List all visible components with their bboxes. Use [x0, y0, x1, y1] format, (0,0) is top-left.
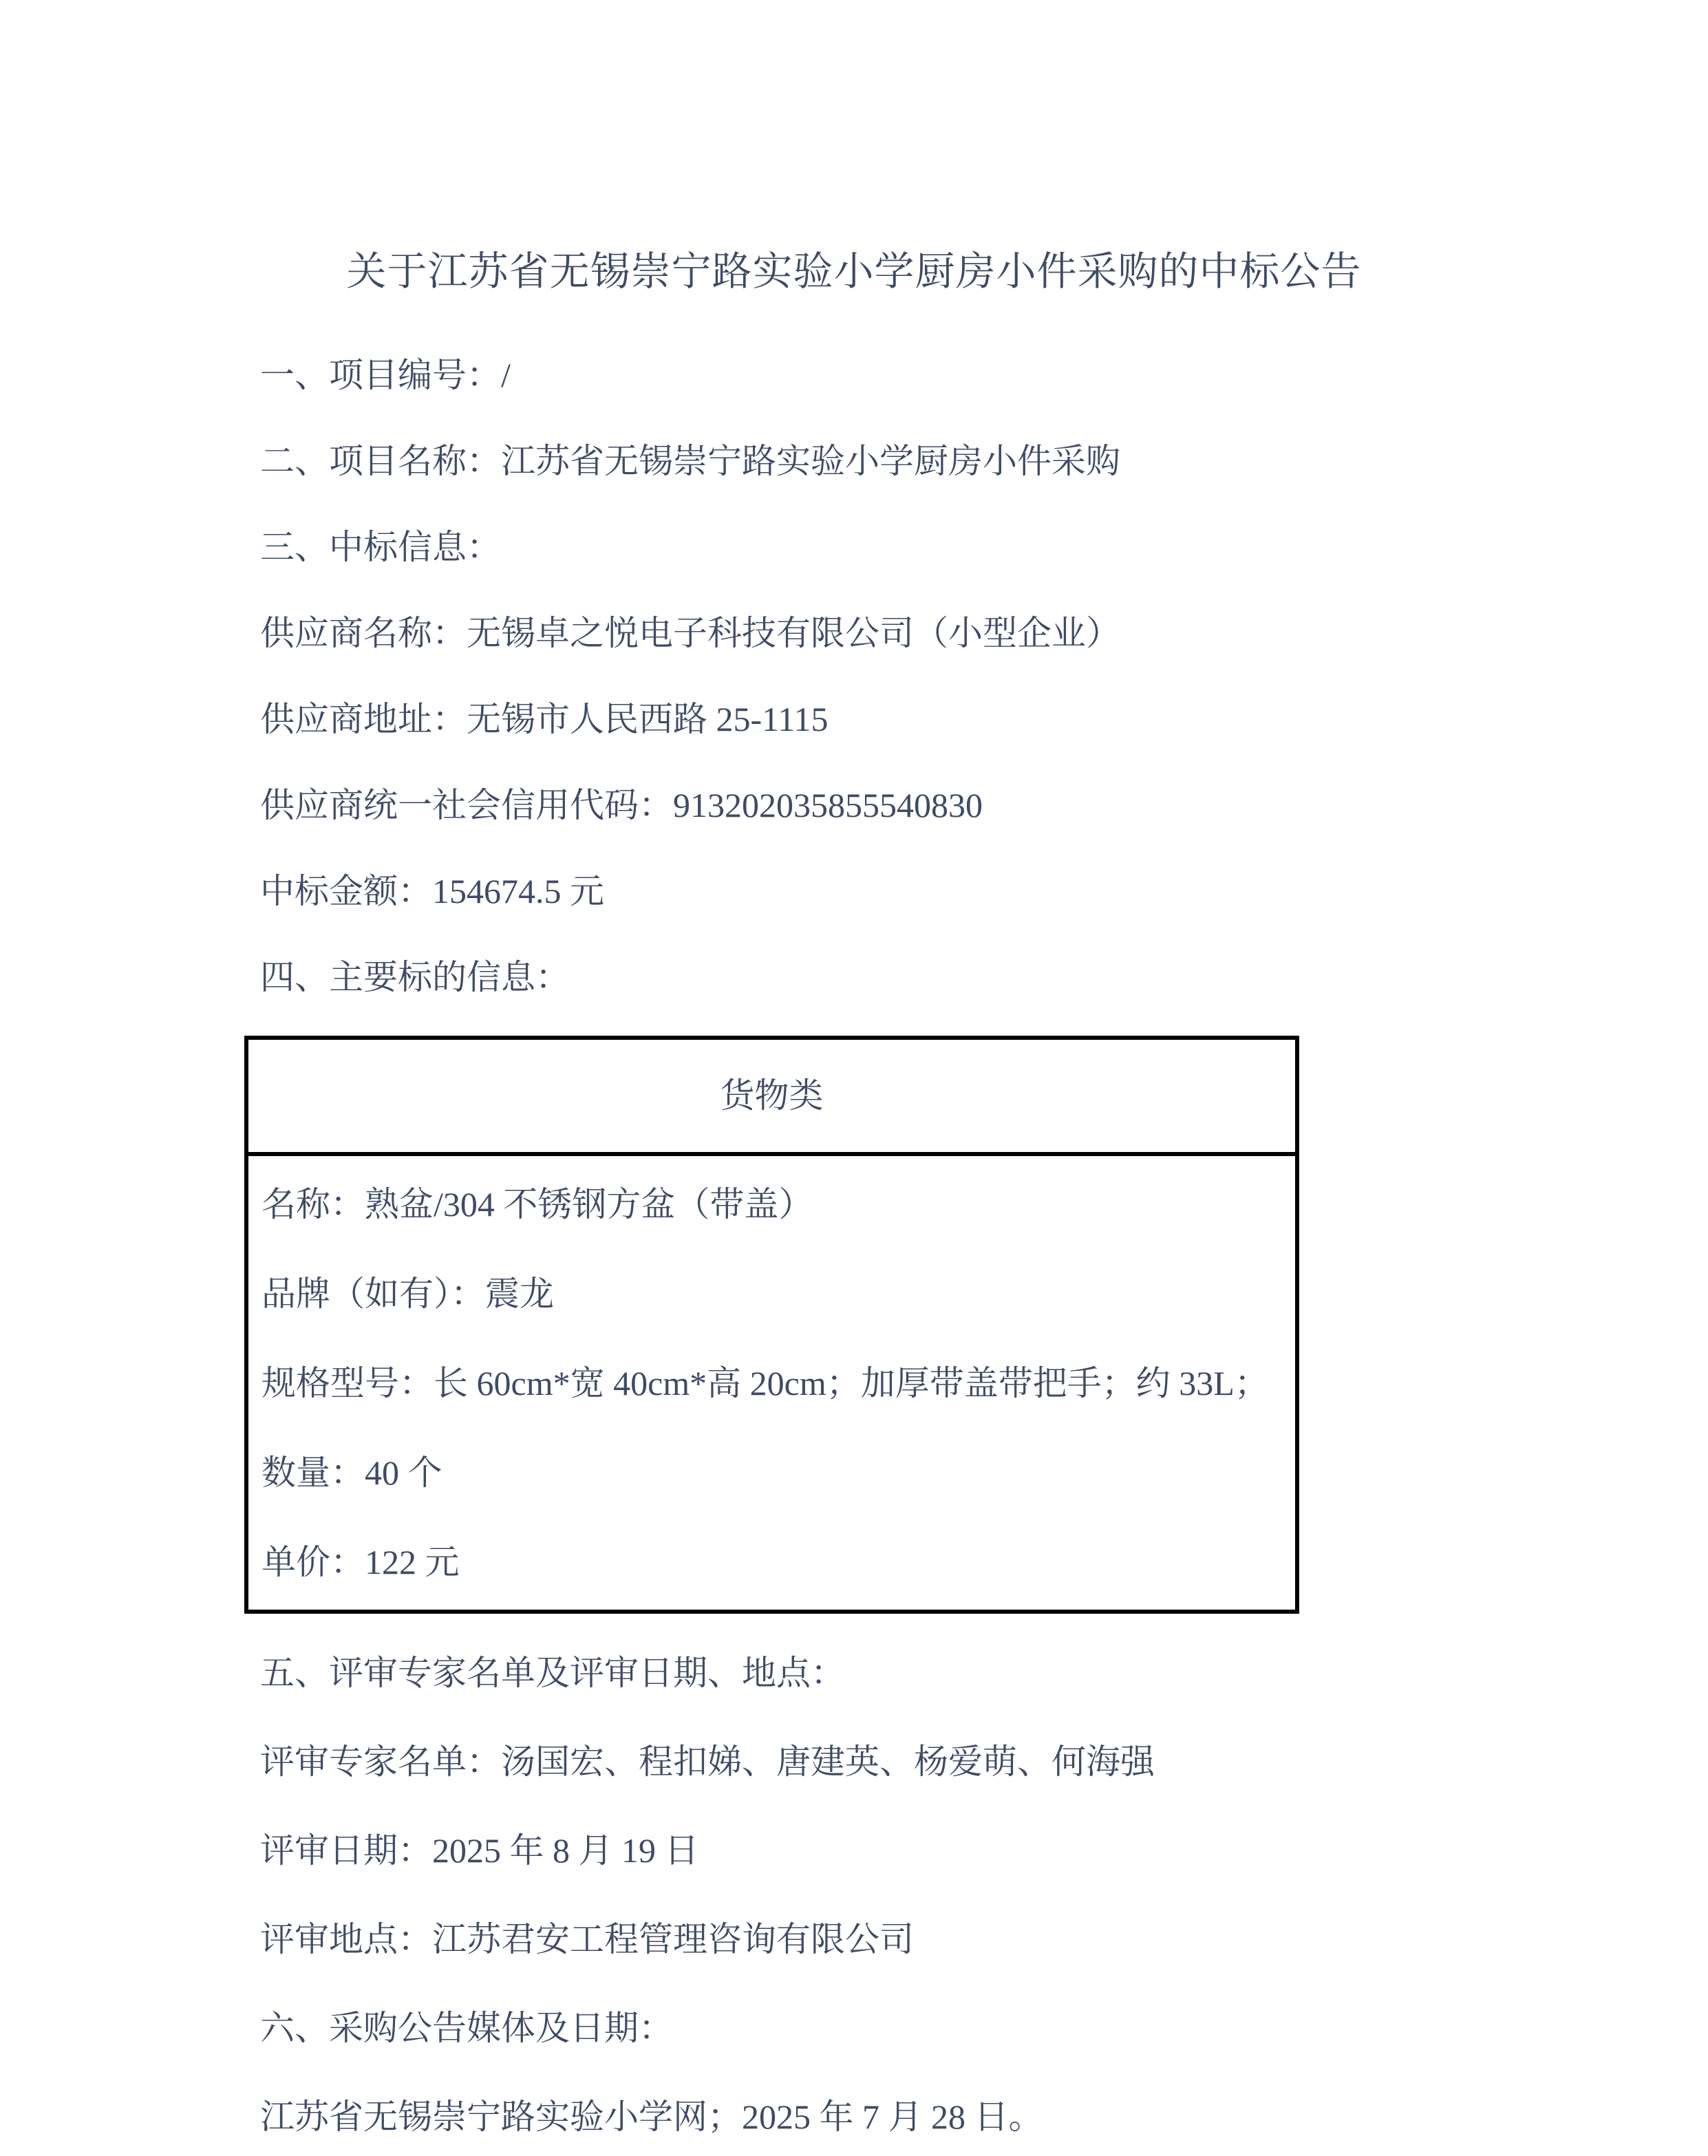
experts-list-line: 评审专家名单：汤国宏、程扣娣、唐建英、杨爱萌、何海强 [260, 1742, 1448, 1782]
item-spec-line: 规格型号：长 60cm*宽 40cm*高 20cm；加厚带盖带把手；约 33L； [261, 1363, 1281, 1403]
main-subject-heading: 四、主要标的信息： [260, 957, 1448, 997]
announcement-media-line: 江苏省无锡崇宁路实验小学网；2025 年 7 月 28 日。 [260, 2097, 1448, 2137]
document-title: 关于江苏省无锡崇宁路实验小学厨房小件采购的中标公告 [260, 249, 1448, 295]
item-brand-line: 品牌（如有）：震龙 [261, 1274, 1281, 1314]
experts-section-heading: 五、评审专家名单及评审日期、地点： [260, 1653, 1448, 1693]
goods-table: 货物类 名称：熟盆/304 不锈钢方盆（带盖） 品牌（如有）：震龙 规格型号：长… [244, 1036, 1299, 1614]
goods-table-body-row: 名称：熟盆/304 不锈钢方盆（带盖） 品牌（如有）：震龙 规格型号：长 60c… [246, 1154, 1297, 1612]
item-name-line: 名称：熟盆/304 不锈钢方盆（带盖） [261, 1184, 1281, 1224]
supplier-address-line: 供应商地址：无锡市人民西路 25-1115 [260, 699, 1448, 739]
review-location-line: 评审地点：江苏君安工程管理咨询有限公司 [260, 1919, 1448, 1959]
award-info-heading: 三、中标信息： [260, 527, 1448, 567]
project-number-line: 一、项目编号：/ [260, 355, 1448, 395]
supplier-name-line: 供应商名称：无锡卓之悦电子科技有限公司（小型企业） [260, 613, 1448, 653]
announcement-media-heading: 六、采购公告媒体及日期： [260, 2008, 1448, 2048]
goods-table-header-row: 货物类 [246, 1038, 1297, 1154]
project-name-line: 二、项目名称：江苏省无锡崇宁路实验小学厨房小件采购 [260, 441, 1448, 481]
award-amount-line: 中标金额：154674.5 元 [260, 871, 1448, 911]
review-date-line: 评审日期：2025 年 8 月 19 日 [260, 1831, 1448, 1870]
item-quantity-line: 数量：40 个 [261, 1453, 1281, 1493]
document-page: 关于江苏省无锡崇宁路实验小学厨房小件采购的中标公告 一、项目编号：/ 二、项目名… [0, 0, 1708, 2156]
goods-category-header: 货物类 [246, 1038, 1297, 1154]
goods-details-cell: 名称：熟盆/304 不锈钢方盆（带盖） 品牌（如有）：震龙 规格型号：长 60c… [246, 1154, 1297, 1612]
supplier-credit-code-line: 供应商统一社会信用代码：913202035855540830 [260, 785, 1448, 825]
item-unit-price-line: 单价：122 元 [261, 1542, 1281, 1582]
